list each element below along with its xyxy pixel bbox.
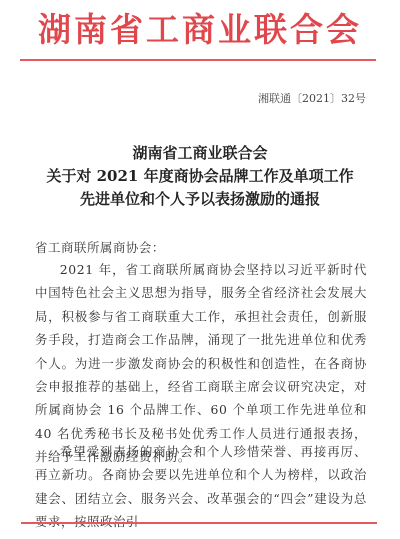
document-title-line-3: 先进单位和个人予以表扬激励的通报 [0,188,400,211]
masthead-title: 湖南省工商业联合会 [0,10,400,50]
paragraph-2: 希望受到表扬的商协会和个人珍惜荣誉、再接再厉、再立新功。各商协会要以先进单位和个… [35,440,367,534]
document-number: 湘联通〔2021〕32号 [258,90,366,106]
document-title-line-2: 关于对 2021 年度商协会品牌工作及单项工作 [0,165,400,188]
salutation: 省工商联所属商协会： [35,236,367,259]
document-title-line-1: 湖南省工商业联合会 [0,142,400,165]
masthead-red-rule [20,59,376,61]
paragraph-1: 2021 年，省工商联所属商协会坚持以习近平新时代中国特色社会主义思想为指导，服… [35,258,367,469]
footer-red-rule [21,522,377,524]
